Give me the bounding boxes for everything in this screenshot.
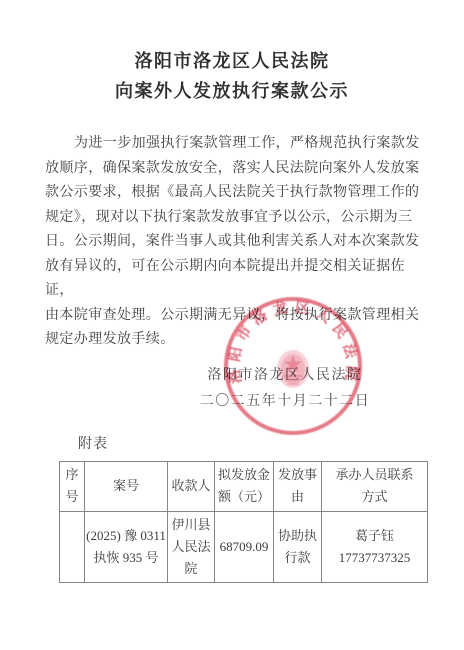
body-line: 为进一步加强执行案款管理工作，严格规范执行案款发 bbox=[45, 132, 420, 157]
notice-title-line2: 向案外人发放执行案款公示 bbox=[0, 76, 464, 106]
table-header-reason: 发放事 由 bbox=[274, 461, 322, 511]
body-line: 放顺序，确保案款发放安全，落实人民法院向案外人发放案 bbox=[45, 157, 420, 182]
cell-case-number: (2025) 豫 0311 执恢 935 号 bbox=[85, 511, 168, 582]
notice-title-line1: 洛阳市洛龙区人民法院 bbox=[0, 46, 464, 76]
table-header-payee: 收款人 bbox=[168, 461, 215, 511]
body-line: 规定办理发放手续。 bbox=[45, 328, 420, 353]
table-header-case-number: 案号 bbox=[85, 461, 168, 511]
appendix-label: 附表 bbox=[78, 433, 464, 453]
notice-body: 为进一步加强执行案款管理工作，严格规范执行案款发 放顺序，确保案款发放安全，落实… bbox=[45, 132, 420, 353]
table-header-serial: 序 号 bbox=[60, 461, 85, 511]
body-line: 由本院审查处理。公示期满无异议，将按执行案款管理相关 bbox=[45, 304, 420, 329]
signature-court-name: 洛阳市洛龙区人民法院 bbox=[175, 363, 395, 389]
payout-table: 序 号 案号 收款人 拟发放金 额（元） 发放事 由 承办人员联系 方式 (20… bbox=[59, 461, 428, 583]
signature-block: 洛阳市洛龙区人民法院 二〇二五年十月二十二日 bbox=[175, 363, 395, 415]
table-header-amount: 拟发放金 额（元） bbox=[215, 461, 274, 511]
court-notice-document: 洛阳市洛龙区人民法院 向案外人发放执行案款公示 为进一步加强执行案款管理工作，严… bbox=[0, 0, 464, 650]
cell-payee: 伊川县人民法院 bbox=[168, 511, 215, 582]
cell-serial bbox=[60, 511, 85, 582]
table-row: (2025) 豫 0311 执恢 935 号 伊川县人民法院 68709.09 … bbox=[60, 511, 428, 582]
cell-contact: 葛子钰 17737737325 bbox=[322, 511, 428, 582]
body-line: 规定》，现对以下执行案款发放事宜予以公示，公示期为三 bbox=[45, 206, 420, 231]
signature-date: 二〇二五年十月二十二日 bbox=[175, 389, 395, 415]
body-line: 放有异议的，可在公示期内向本院提出并提交相关证据佐证， bbox=[45, 255, 420, 304]
notice-title: 洛阳市洛龙区人民法院 向案外人发放执行案款公示 bbox=[0, 46, 464, 106]
table-header-contact: 承办人员联系 方式 bbox=[322, 461, 428, 511]
body-line: 日。公示期间，案件当事人或其他利害关系人对本次案款发 bbox=[45, 230, 420, 255]
table-header-row: 序 号 案号 收款人 拟发放金 额（元） 发放事 由 承办人员联系 方式 bbox=[60, 461, 428, 511]
cell-reason: 协助执行款 bbox=[274, 511, 322, 582]
body-line: 款公示要求，根据《最高人民法院关于执行款物管理工作的 bbox=[45, 181, 420, 206]
cell-amount: 68709.09 bbox=[215, 511, 274, 582]
